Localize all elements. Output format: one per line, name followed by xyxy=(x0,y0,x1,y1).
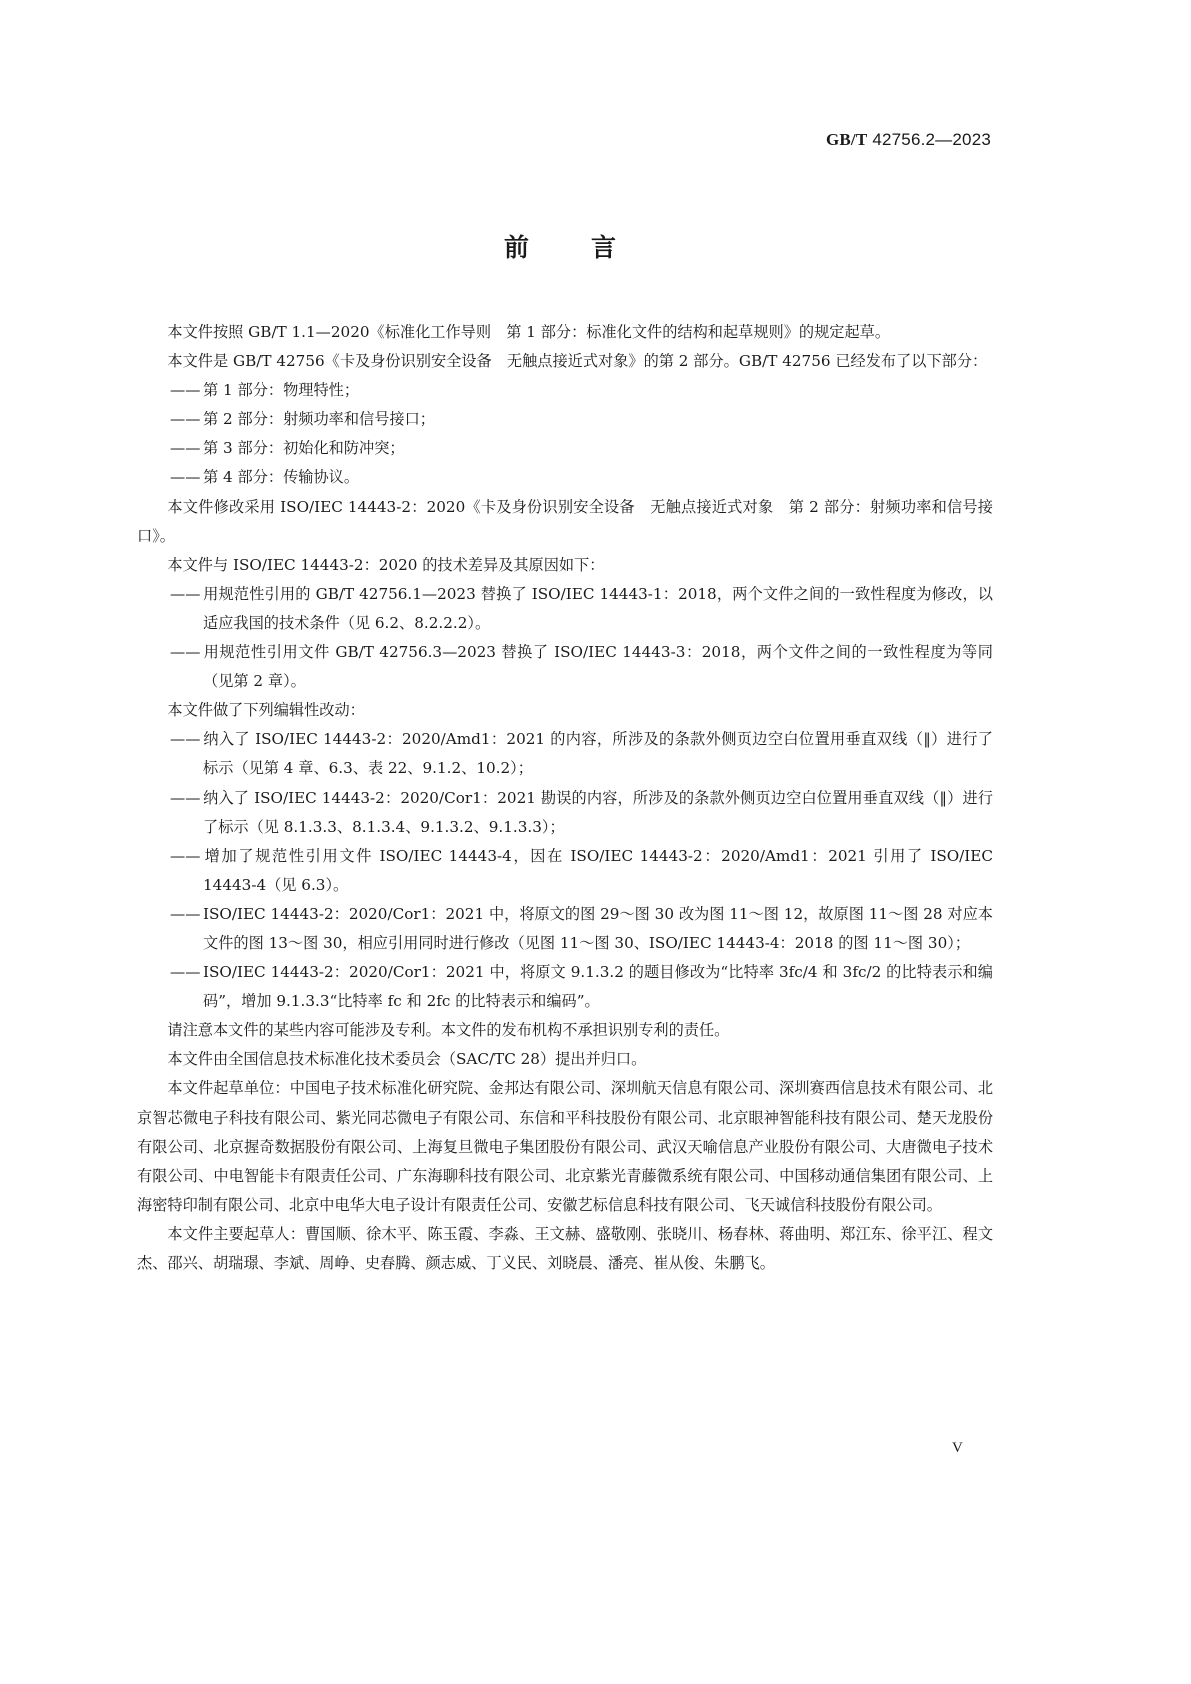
list-item-part-2: ——第 2 部分：射频功率和信号接口； xyxy=(137,405,993,434)
list-item-text: 第 1 部分：物理特性； xyxy=(203,381,359,399)
list-dash: —— xyxy=(170,463,203,492)
page-number: V xyxy=(952,1440,963,1457)
page-title: 前言 xyxy=(0,228,1120,264)
list-item-text: 第 3 部分：初始化和防冲突； xyxy=(203,439,405,457)
list-dash: —— xyxy=(170,958,203,987)
paragraph-drafting-rules: 本文件按照 GB/T 1.1—2020《标准化工作导则 第 1 部分：标准化文件… xyxy=(137,318,993,347)
list-dash: —— xyxy=(170,405,203,434)
list-item-editorial-change-2: ——纳入了 ISO/IEC 14443-2：2020/Cor1：2021 勘误的… xyxy=(137,784,993,842)
list-item-text: ISO/IEC 14443-2：2020/Cor1：2021 中，将原文的图 2… xyxy=(203,905,993,952)
list-item-technical-difference-1: ——用规范性引用的 GB/T 42756.1—2023 替换了 ISO/IEC … xyxy=(137,580,993,638)
list-dash: —— xyxy=(170,784,203,813)
foreword-body: 本文件按照 GB/T 1.1—2020《标准化工作导则 第 1 部分：标准化文件… xyxy=(137,318,993,1278)
list-dash: —— xyxy=(170,842,203,871)
paragraph-technical-differences: 本文件与 ISO/IEC 14443-2：2020 的技术差异及其原因如下： xyxy=(137,551,993,580)
list-item-text: 第 4 部分：传输协议。 xyxy=(203,468,359,486)
paragraph-drafting-organizations: 本文件起草单位：中国电子技术标准化研究院、金邦达有限公司、深圳航天信息有限公司、… xyxy=(137,1074,993,1219)
list-dash: —— xyxy=(170,900,203,929)
list-item-text: 第 2 部分：射频功率和信号接口； xyxy=(203,410,435,428)
list-dash: —— xyxy=(170,725,203,754)
list-item-text: 用规范性引用文件 GB/T 42756.3—2023 替换了 ISO/IEC 1… xyxy=(203,643,993,690)
list-item-text: 用规范性引用的 GB/T 42756.1—2023 替换了 ISO/IEC 14… xyxy=(203,585,993,632)
list-item-text: 增加了规范性引用文件 ISO/IEC 14443-4，因在 ISO/IEC 14… xyxy=(203,847,993,894)
document-code: GB/T 42756.2—2023 xyxy=(826,130,991,150)
list-item-text: 纳入了 ISO/IEC 14443-2：2020/Amd1：2021 的内容，所… xyxy=(203,730,993,777)
list-item-part-4: ——第 4 部分：传输协议。 xyxy=(137,463,993,492)
list-item-editorial-change-1: ——纳入了 ISO/IEC 14443-2：2020/Amd1：2021 的内容… xyxy=(137,725,993,783)
paragraph-series-intro: 本文件是 GB/T 42756《卡及身份识别安全设备 无触点接近式对象》的第 2… xyxy=(137,347,993,376)
document-code-number: 42756.2—2023 xyxy=(872,130,991,149)
document-code-prefix: GB/T xyxy=(826,130,867,149)
list-item-part-3: ——第 3 部分：初始化和防冲突； xyxy=(137,434,993,463)
paragraph-main-drafters: 本文件主要起草人：曹国顺、徐木平、陈玉霞、李淼、王文赫、盛敬刚、张晓川、杨春林、… xyxy=(137,1220,993,1278)
paragraph-proposer: 本文件由全国信息技术标准化技术委员会（SAC/TC 28）提出并归口。 xyxy=(137,1045,993,1074)
list-item-part-1: ——第 1 部分：物理特性； xyxy=(137,376,993,405)
list-item-editorial-change-3: ——增加了规范性引用文件 ISO/IEC 14443-4，因在 ISO/IEC … xyxy=(137,842,993,900)
list-item-editorial-change-5: ——ISO/IEC 14443-2：2020/Cor1：2021 中，将原文 9… xyxy=(137,958,993,1016)
paragraph-adoption: 本文件修改采用 ISO/IEC 14443-2：2020《卡及身份识别安全设备 … xyxy=(137,493,993,551)
list-dash: —— xyxy=(170,376,203,405)
list-item-technical-difference-2: ——用规范性引用文件 GB/T 42756.3—2023 替换了 ISO/IEC… xyxy=(137,638,993,696)
list-item-text: ISO/IEC 14443-2：2020/Cor1：2021 中，将原文 9.1… xyxy=(203,963,993,1010)
list-item-text: 纳入了 ISO/IEC 14443-2：2020/Cor1：2021 勘误的内容… xyxy=(203,789,993,836)
list-dash: —— xyxy=(170,434,203,463)
list-item-editorial-change-4: ——ISO/IEC 14443-2：2020/Cor1：2021 中，将原文的图… xyxy=(137,900,993,958)
paragraph-patent-notice: 请注意本文件的某些内容可能涉及专利。本文件的发布机构不承担识别专利的责任。 xyxy=(137,1016,993,1045)
list-dash: —— xyxy=(170,580,203,609)
list-dash: —— xyxy=(170,638,203,667)
paragraph-editorial-changes: 本文件做了下列编辑性改动： xyxy=(137,696,993,725)
